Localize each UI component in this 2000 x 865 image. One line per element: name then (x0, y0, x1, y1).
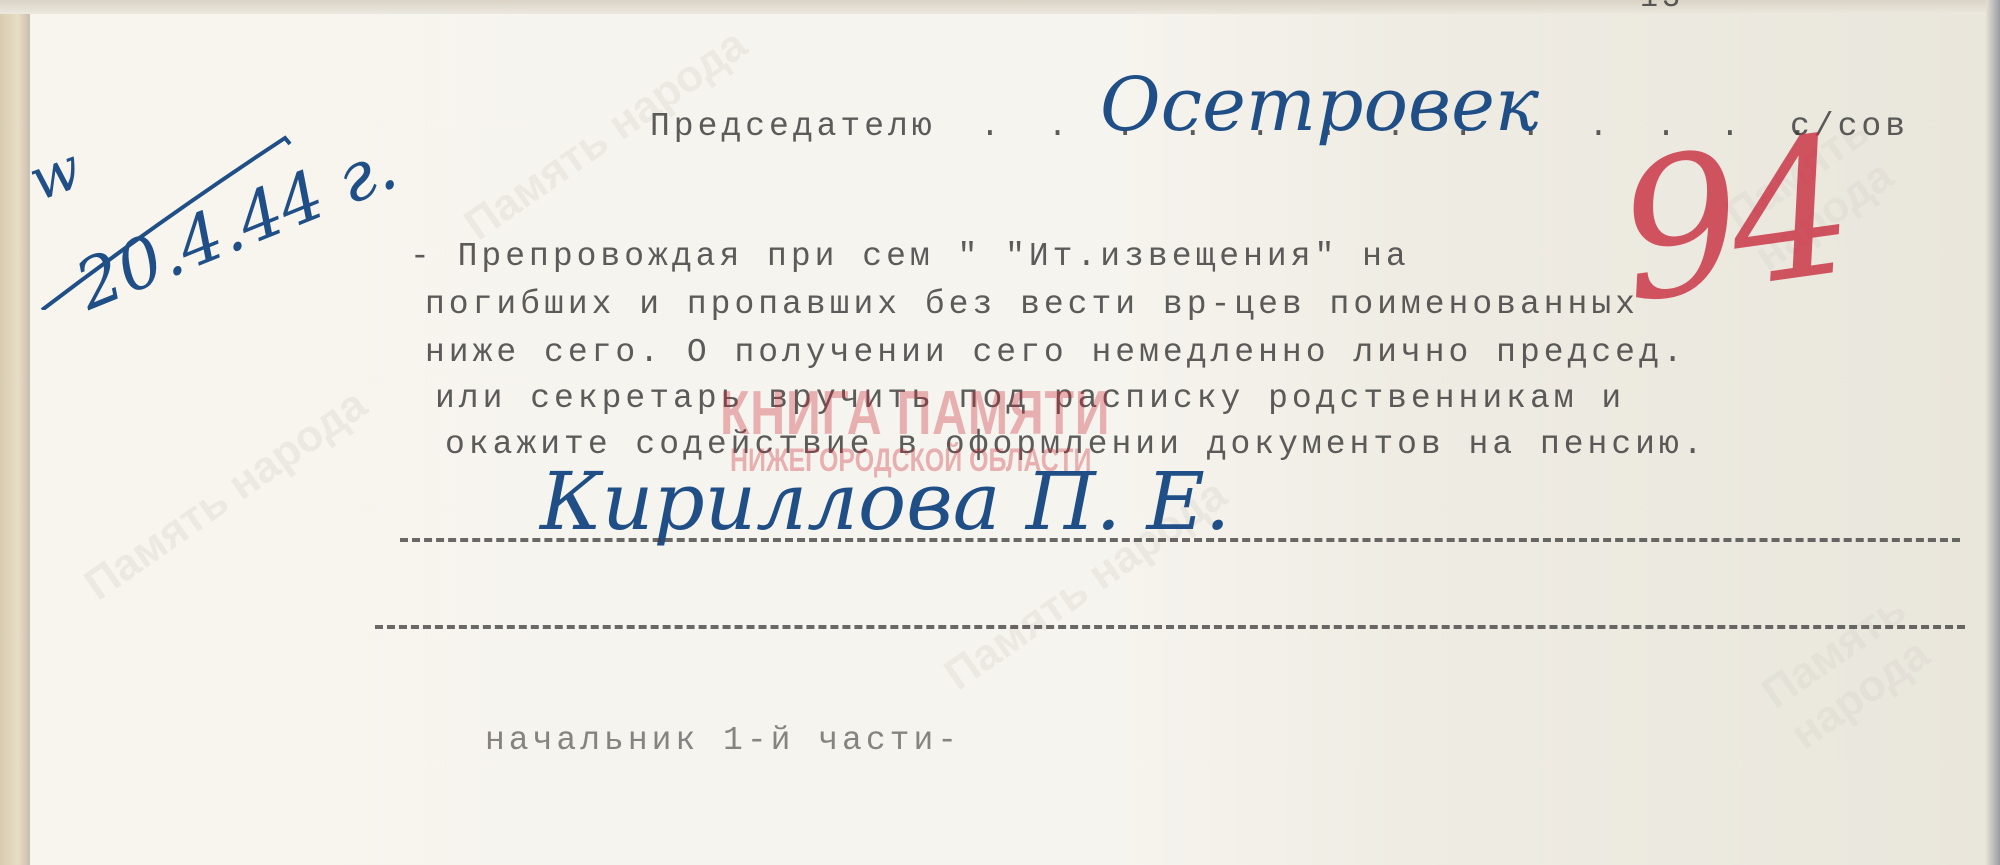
body-line-2: погибших и пропавших без вести вр-цев по… (425, 286, 1639, 323)
handwritten-recipient-name: Кириллова П. Е. (540, 455, 1230, 548)
fill-in-line-2 (375, 625, 1965, 629)
fill-in-line-1 (400, 538, 1960, 542)
signature-line-label: начальник 1-й части- (485, 722, 961, 759)
watermark-title: КНИГА ПАМЯТИ (720, 378, 1110, 449)
red-folio-number: 94 (1606, 96, 1856, 346)
header-typed-prefix: Председателю (650, 108, 936, 145)
body-line-3: ниже сего. О получении сего немедленно л… (425, 334, 1687, 371)
body-line-1: - Препровождая при сем " "Ит.извещения" … (410, 238, 1410, 275)
page-left-edge (0, 0, 30, 865)
handwritten-chairman-name: Осетровек (1100, 62, 1539, 148)
page-top-strip (0, 0, 2000, 14)
page-number-partial: 13 (1640, 0, 1684, 16)
